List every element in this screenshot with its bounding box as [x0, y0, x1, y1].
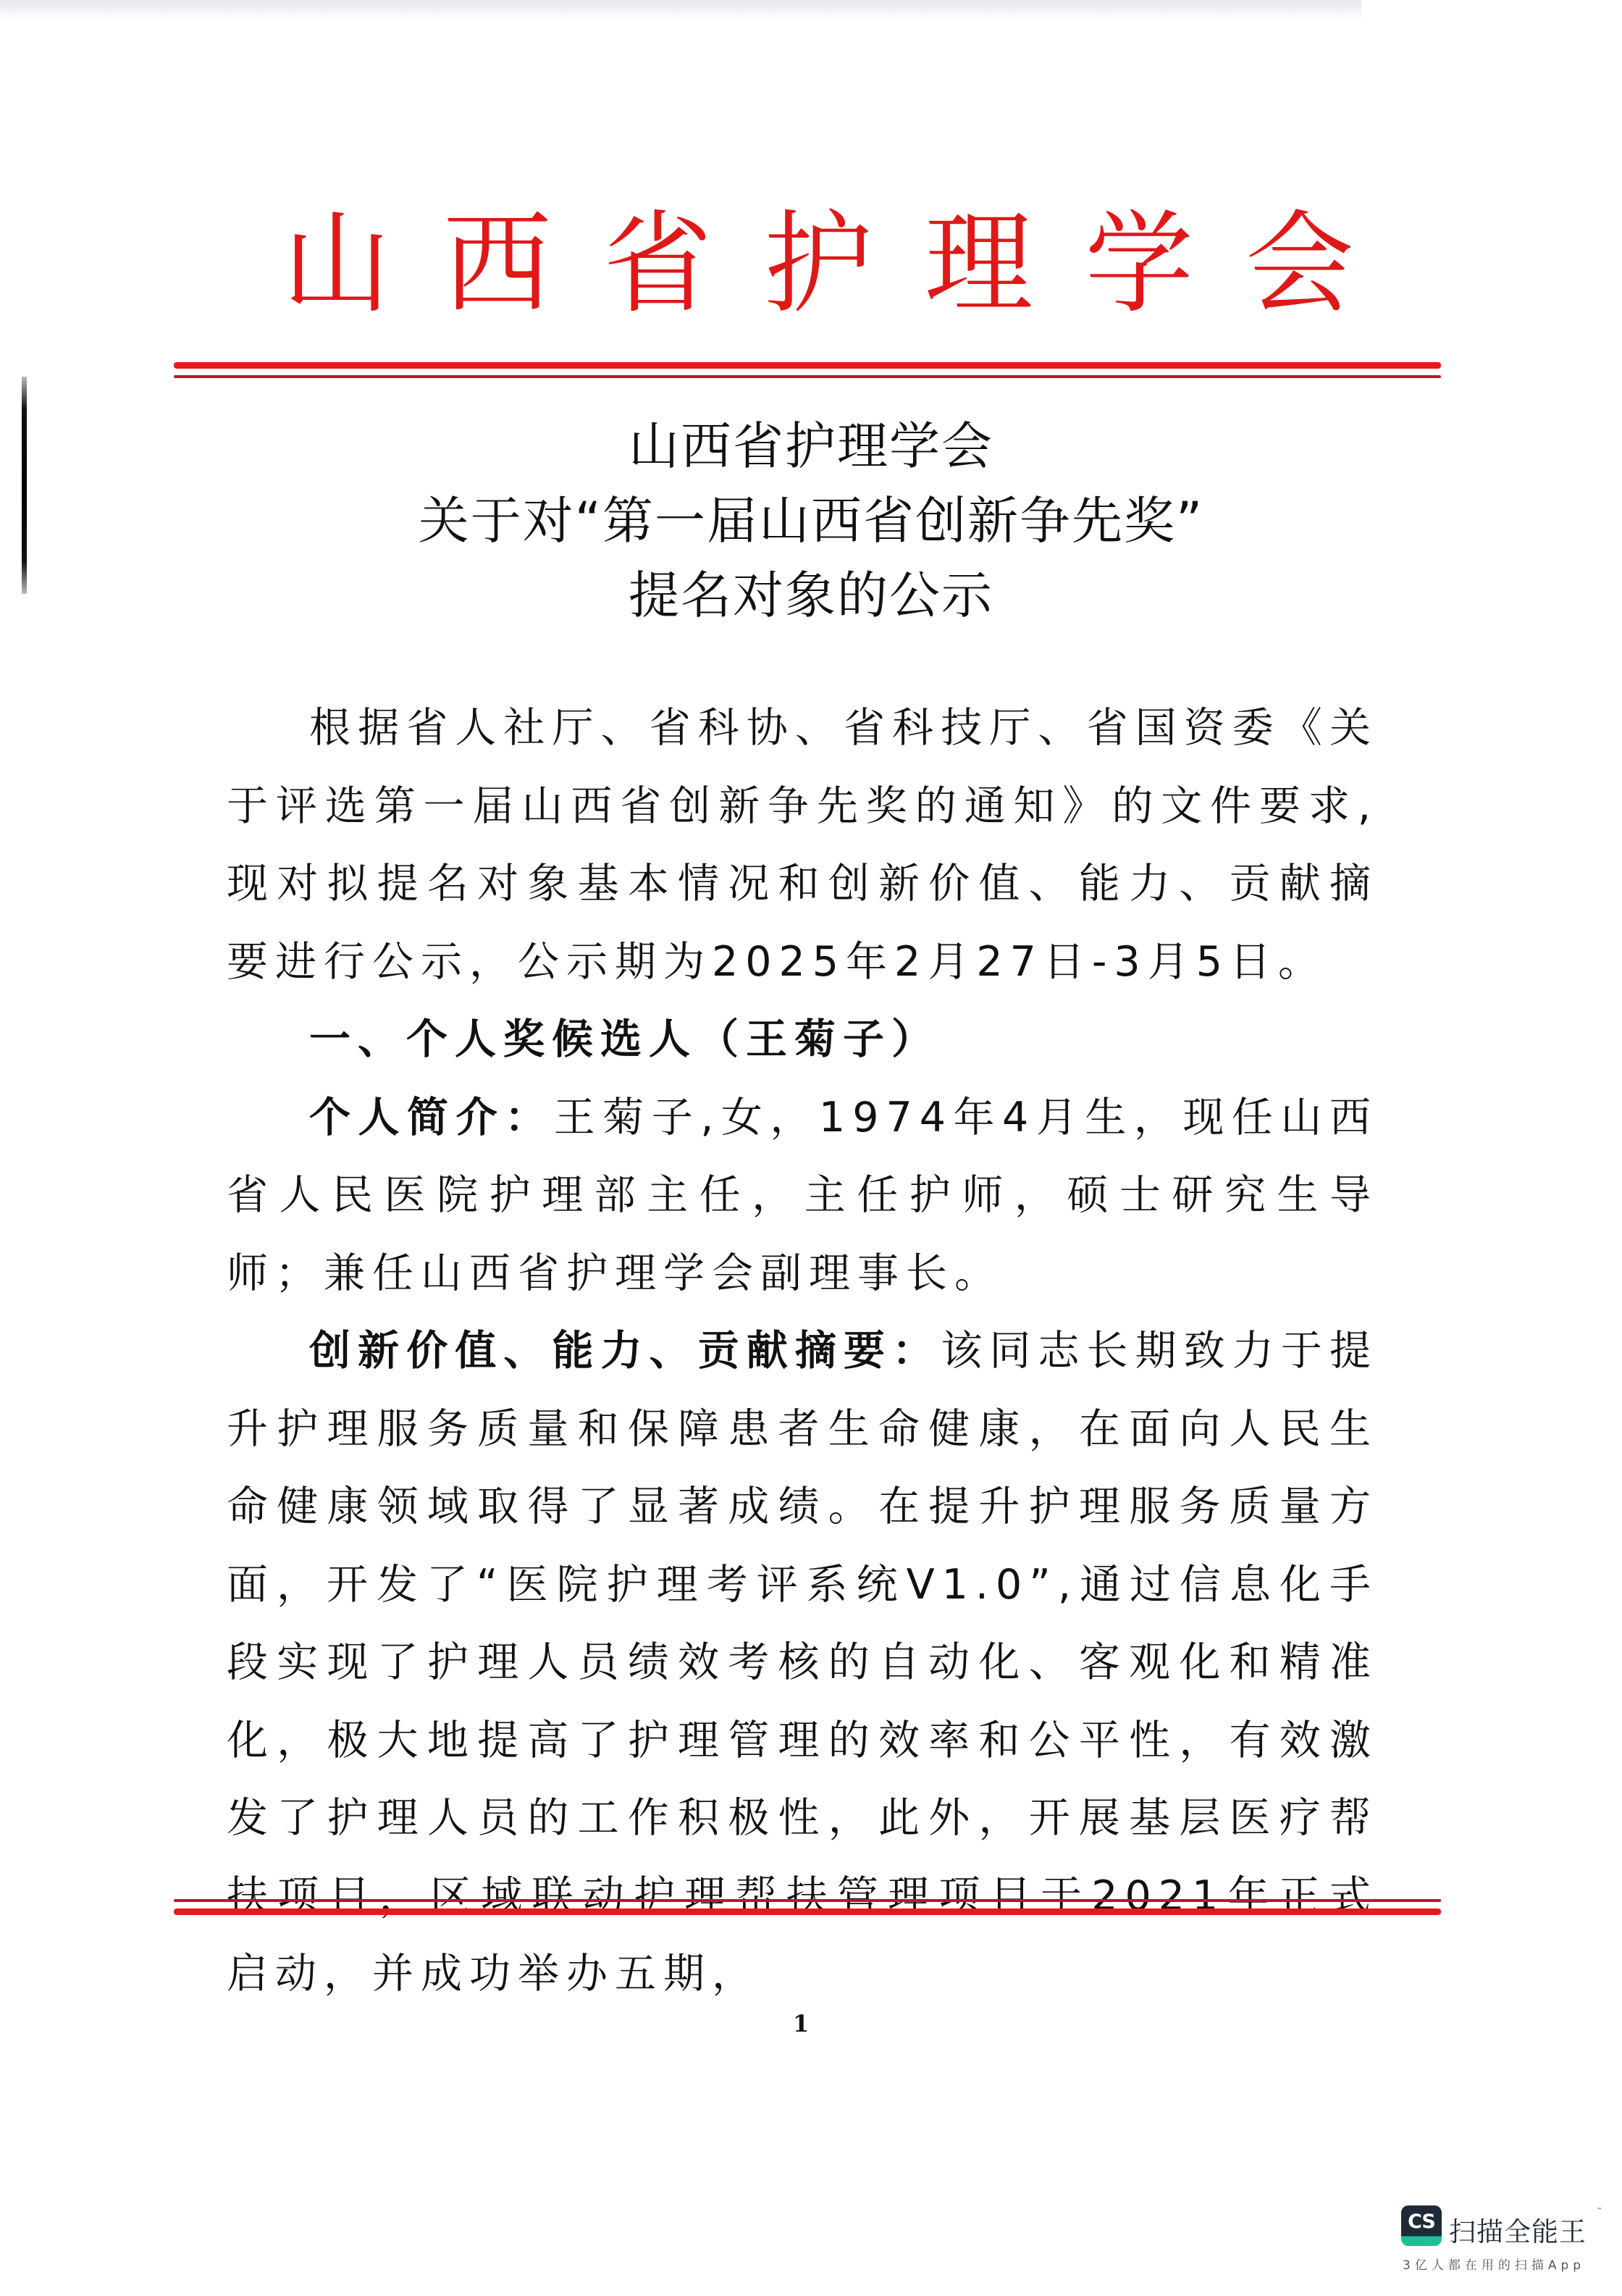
masthead-char: 护 — [764, 198, 873, 331]
camscanner-app-name: 扫描全能王 — [1449, 2210, 1587, 2249]
masthead-organization-name: 山 西 省 护 理 学 会 — [261, 198, 1376, 331]
masthead-char: 理 — [925, 198, 1033, 331]
profile-paragraph: 个人简介：王菊子,女，1974年4月生，现任山西省人民医院护理部主任，主任护师，… — [227, 1079, 1378, 1313]
document-body: 根据省人社厅、省科协、省科技厅、省国资委《关于评选第一届山西省创新争先奖的通知》… — [227, 690, 1378, 2014]
camscanner-watermark: CS 扫描全能王 ™ 3亿人都在用的扫描App — [1401, 2205, 1618, 2292]
title-line-1: 山西省护理学会 — [0, 409, 1622, 484]
rule-thick-line — [174, 362, 1441, 369]
document-title: 山西省护理学会 关于对“第一届山西省创新争先奖” 提名对象的公示 — [0, 409, 1622, 633]
page-number: 1 — [793, 2010, 809, 2037]
masthead-char: 省 — [603, 198, 712, 331]
summary-label: 创新价值、能力、贡献摘要： — [309, 1327, 941, 1375]
summary-text: 该同志长期致力于提升护理服务质量和保障患者生命健康，在面向人民生命健康领域取得了… — [227, 1327, 1378, 1998]
header-red-double-rule — [174, 362, 1441, 378]
masthead-char: 山 — [282, 198, 391, 331]
section-heading: 一、个人奖候选人（王菊子） — [227, 1001, 1378, 1079]
masthead-char: 会 — [1245, 198, 1354, 331]
footer-red-double-rule — [174, 1899, 1441, 1915]
title-line-3: 提名对象的公示 — [0, 558, 1622, 633]
masthead-char: 西 — [443, 198, 552, 331]
title-line-2: 关于对“第一届山西省创新争先奖” — [0, 484, 1622, 558]
camscanner-tagline: 3亿人都在用的扫描App — [1403, 2255, 1585, 2273]
intro-paragraph: 根据省人社厅、省科协、省科技厅、省国资委《关于评选第一届山西省创新争先奖的通知》… — [227, 690, 1378, 1001]
rule-thick-line — [174, 1909, 1441, 1915]
camscanner-logo-icon: CS — [1401, 2205, 1442, 2246]
masthead-char: 学 — [1085, 198, 1193, 331]
rule-thin-line — [174, 1899, 1441, 1902]
scan-artifact-top — [0, 0, 1361, 22]
rule-thin-line — [174, 375, 1441, 378]
profile-label: 个人简介： — [309, 1094, 554, 1141]
trademark-symbol: ™ — [1597, 2207, 1602, 2213]
